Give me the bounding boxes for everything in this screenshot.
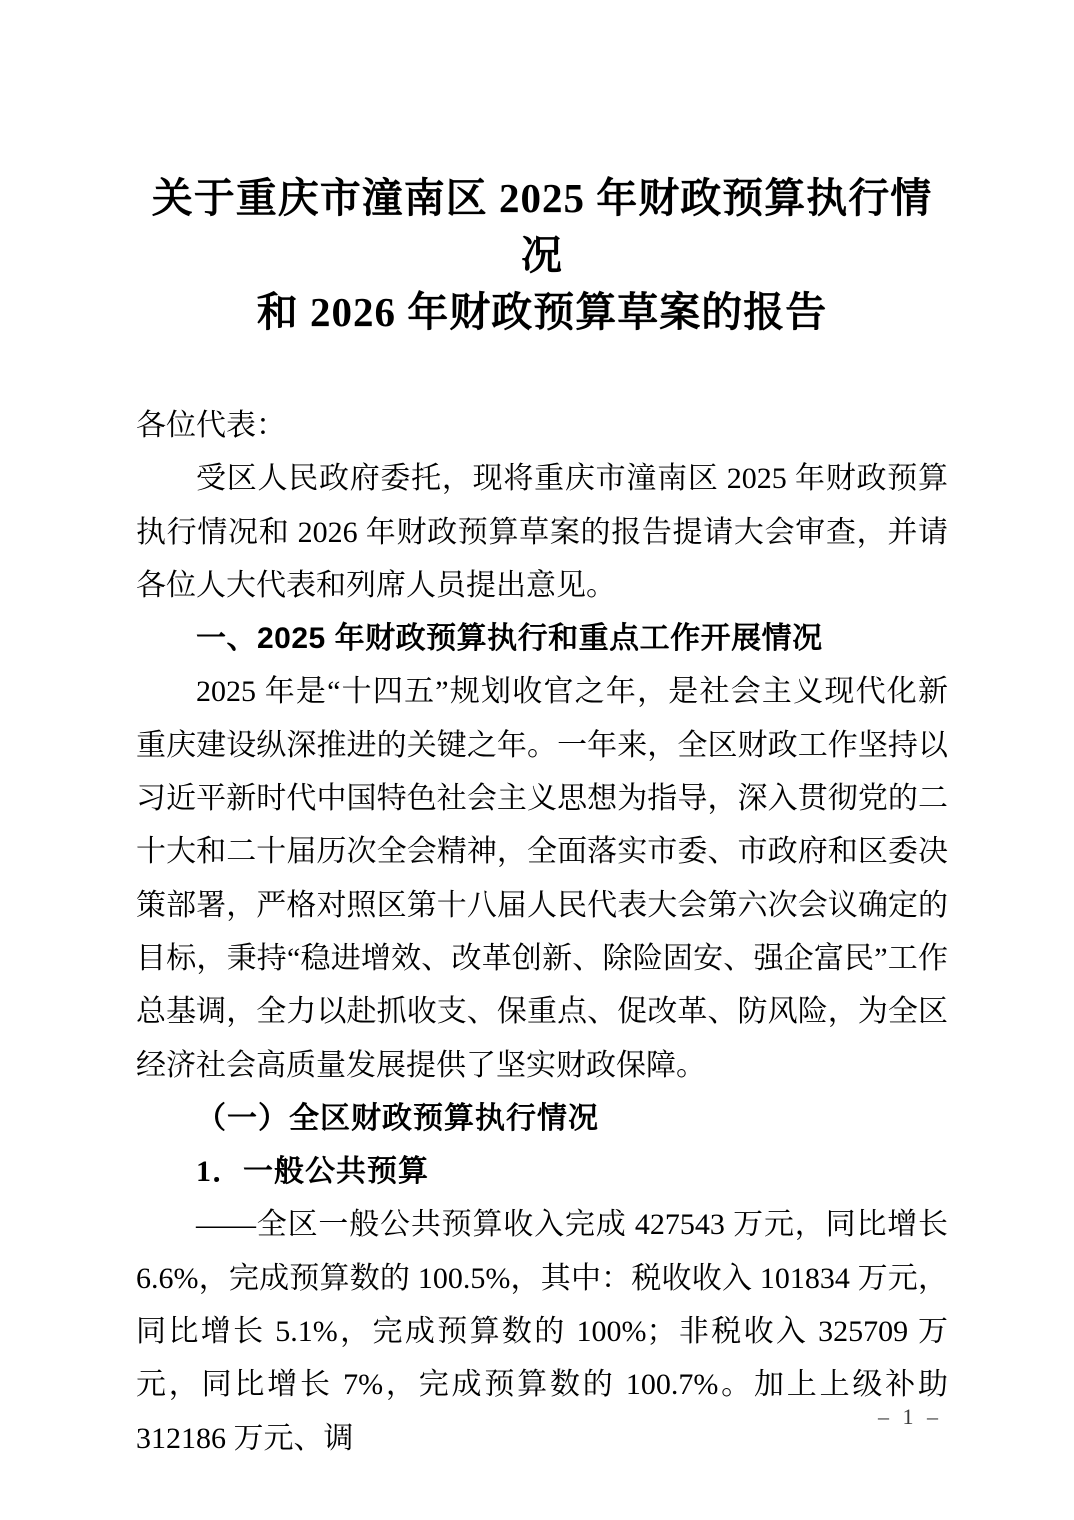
section1-body-paragraph: 2025 年是“十四五”规划收官之年，是社会主义现代化新重庆建设纵深推进的关键之… — [136, 665, 948, 1091]
document-page: 关于重庆市潼南区 2025 年财政预算执行情况 和 2026 年财政预算草案的报… — [0, 0, 1074, 1520]
section1-heading: 一、2025 年财政预算执行和重点工作开展情况 — [136, 612, 948, 665]
document-title: 关于重庆市潼南区 2025 年财政预算执行情况 和 2026 年财政预算草案的报… — [136, 170, 948, 341]
subsection1-heading: （一）全区财政预算执行情况 — [136, 1092, 948, 1145]
document-title-line1: 关于重庆市潼南区 2025 年财政预算执行情况 — [136, 170, 948, 284]
intro-paragraph: 受区人民政府委托，现将重庆市潼南区 2025 年财政预算执行情况和 2026 年… — [136, 452, 948, 612]
document-title-line2: 和 2026 年财政预算草案的报告 — [136, 284, 948, 341]
subsection1-item1-heading: 1．一般公共预算 — [136, 1145, 948, 1198]
salutation: 各位代表： — [136, 399, 948, 452]
budget-figures-paragraph: ——全区一般公共预算收入完成 427543 万元，同比增长 6.6%，完成预算数… — [136, 1198, 948, 1464]
document-content: 关于重庆市潼南区 2025 年财政预算执行情况 和 2026 年财政预算草案的报… — [136, 170, 948, 1465]
page-number: – 1 – — [878, 1404, 942, 1430]
